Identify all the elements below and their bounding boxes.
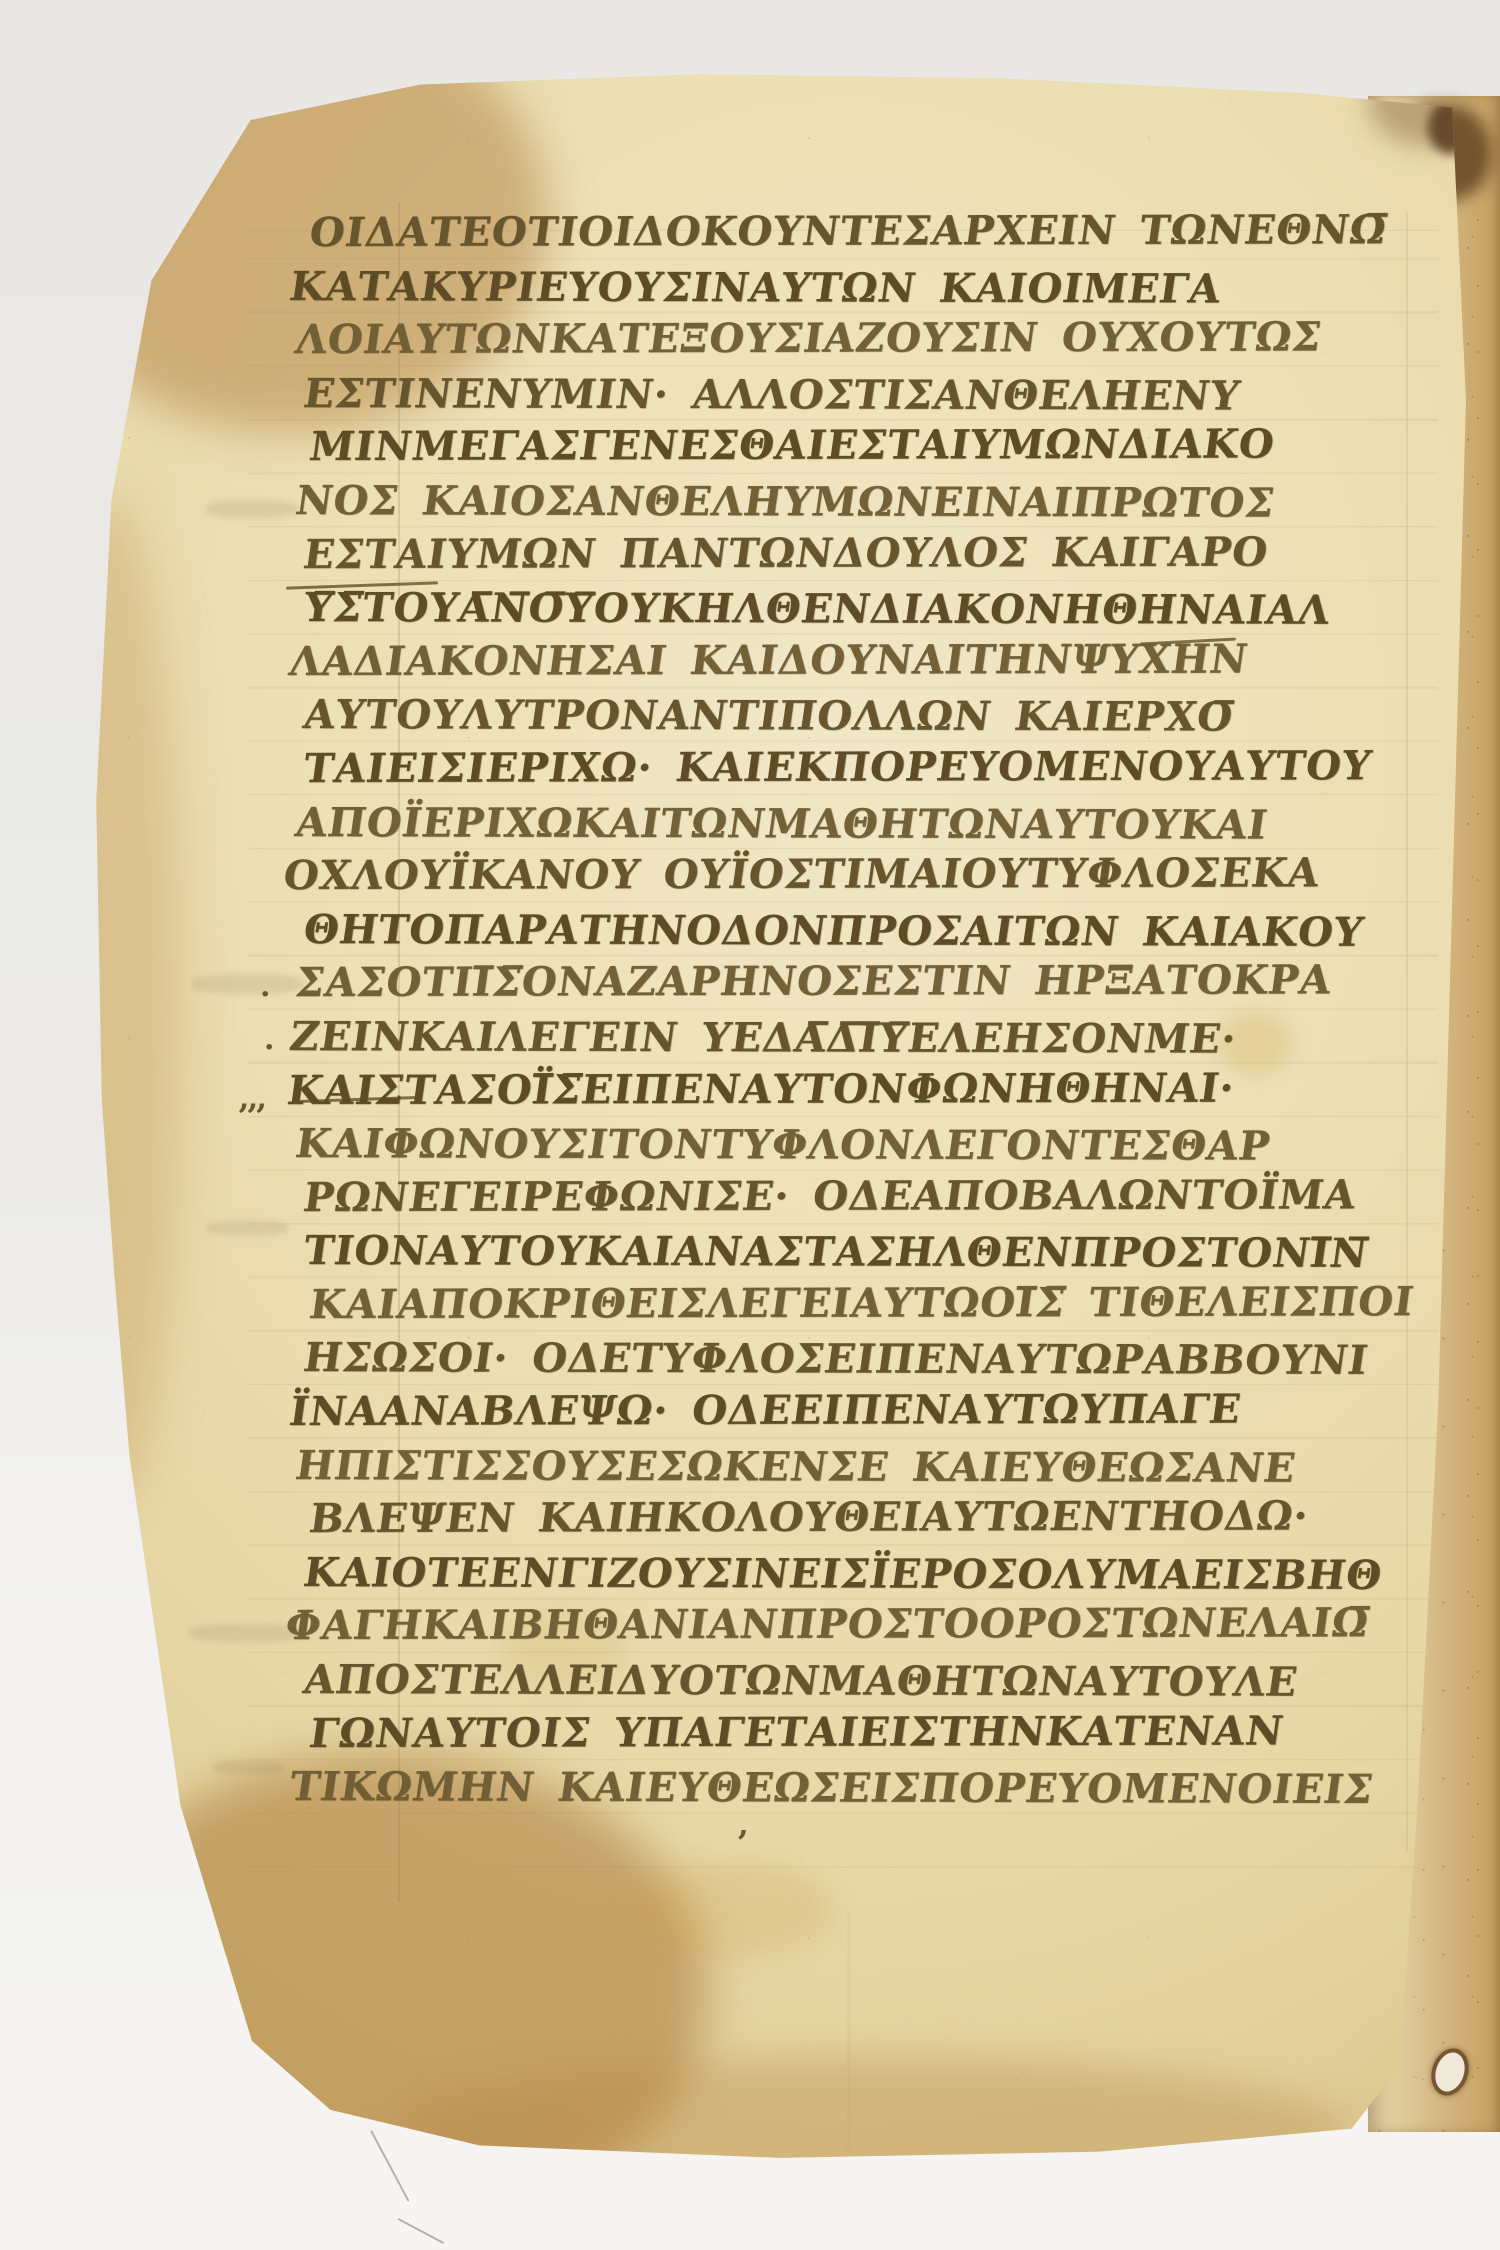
text-line: ΚΑΙΑΠΟΚΡΙΘΕΙΣΛΕΓΕΙΑΥΤΩΟΙ̅Σ̅ ΤΙΘΕΛΕΙΣΠΟΙ	[306, 1275, 1417, 1331]
text-line: ΚΑΙΣΤΑΣΟΪ̅Σ̅ΕΙΠΕΝΑΥΤΟΝΦΩΝΗΘΗΝΑΙ·	[284, 1061, 1417, 1118]
text-line: ΚΑΙΦΩΝΟΥΣΙΤΟΝΤΥΦΛΟΝΛΕΓΟΝΤΕΣΘΑΡ	[292, 1117, 1417, 1174]
text-line: ΛΟΙΑΥΤΩΝΚΑΤΕΞΟΥΣΙΑΖΟΥΣΙΝ ΟΥΧΟΥΤΩΣ	[292, 310, 1417, 367]
text-line: Υ̅Σ̅ΤΟΥΑ̅Ν̅Ο̅Υ̅ΟΥΚΗΛΘΕΝΔΙΑΚΟΝΗΘΗΝΑΙΑΛ	[300, 581, 1417, 637]
text-line: ΑΥΤΟΥΛΥΤΡΟΝΑΝΤΙΠΟΛΛΩΝ ΚΑΙΕΡΧΟ̅	[300, 688, 1417, 744]
stray-fiber	[371, 2130, 410, 2201]
text-line: ΒΛΕΨΕΝ ΚΑΙΗΚΟΛΟΥΘΕΙΑΥΤΩΕΝΤΗΟΔΩ·	[306, 1489, 1417, 1545]
marginal-mark: ·	[260, 977, 270, 1012]
text-line: ΣΑΣΟΤΙΙ̅Σ̅ΟΝΑΖΑΡΗΝΟΣΕΣΤΙΝ ΗΡΞΑΤΟΚΡΑ	[292, 953, 1417, 1010]
text-line: ΚΑΤΑΚΥΡΙΕΥΟΥΣΙΝΑΥΤΩΝ ΚΑΙΟΙΜΕΓΑ	[286, 260, 1417, 317]
ink-bleedthrough	[212, 1760, 284, 1774]
text-line: ΪΝΑΑΝΑΒΛΕΨΩ· ΟΔΕΕΙΠΕΝΑΥΤΩΥΠΑΓΕ	[286, 1382, 1417, 1439]
stray-fiber	[398, 2218, 445, 2244]
parchment-crease	[848, 1912, 850, 2152]
text-line: ΓΩΝΑΥΤΟΙΣ ΥΠΑΓΕΤΑΙΕΙΣΤΗΝΚΑΤΕΝΑΝ	[306, 1704, 1417, 1760]
photo-background: · · ‚‚‚ ʼ ΟΙΔΑΤΕΟΤΙΟΙΔΟΚΟΥΝΤΕΣΑΡΧΕΙΝ ΤΩΝ…	[0, 0, 1500, 2250]
text-line: ΡΩΝΕΓΕΙΡΕΦΩΝΙΣΕ· ΟΔΕΑΠΟΒΑΛΩΝΤΟΪΜΑ	[300, 1168, 1417, 1224]
marginal-mark: ·	[264, 1030, 274, 1065]
text-line: ΖΕΙΝΚΑΙΛΕΓΕΙΝ ΥΕΔΑ̅Δ̅Ι̅Υ̅ΕΛΕΗΣΟΝΜΕ·	[286, 1010, 1417, 1067]
marginal-mark: ‚‚‚	[238, 1078, 265, 1118]
text-line: ΝΟΣ ΚΑΙΟΣΑΝΘΕΛΗΥΜΩΝΕΙΝΑΙΠΡΩΤΟΣ	[292, 474, 1417, 531]
manuscript-page: · · ‚‚‚ ʼ ΟΙΔΑΤΕΟΤΙΟΙΔΟΚΟΥΝΤΕΣΑΡΧΕΙΝ ΤΩΝ…	[88, 72, 1466, 2160]
text-line: ΤΙΟΝΑΥΤΟΥΚΑΙΑΝΑΣΤΑΣΗΛΘΕΝΠΡΟΣΤΟΝΙ̅Ν̅	[300, 1224, 1417, 1280]
ink-bleedthrough	[192, 974, 304, 994]
text-line: ΟΧΛΟΥΪΚΑΝΟΥ ΟΥΪΟΣΤΙΜΑΙΟΥΤΥΦΛΟΣΕΚΑ	[280, 846, 1417, 903]
text-line: ΤΑΙΕΙΣΙΕΡΙΧΩ· ΚΑΙΕΚΠΟΡΕΥΟΜΕΝΟΥΑΥΤΟΥ	[300, 739, 1417, 795]
text-line: ΘΗΤΟΠΑΡΑΤΗΝΟΔΟΝΠΡΟΣΑΙΤΩΝ ΚΑΙΑΚΟΥ	[300, 903, 1417, 959]
text-line: ΜΙΝΜΕΓΑΣΓΕΝΕΣΘΑΙΕΣΤΑΙΥΜΩΝΔΙΑΚΟ	[306, 417, 1417, 473]
text-line: ΚΑΙΟΤΕΕΝΓΙΖΟΥΣΙΝΕΙΣΪΕΡΟΣΟΛΥΜΑΕΙΣΒΗΘ	[300, 1546, 1417, 1602]
text-line: ΑΠΟΣΤΕΛΛΕΙΔΥΟΤΩΝΜΑΘΗΤΩΝΑΥΤΟΥΛΕ	[300, 1653, 1417, 1709]
text-line: ΕΣΤΑΙΥΜΩΝ ΠΑΝΤΩΝΔΟΥΛΟΣ ΚΑΙΓΑΡΟ	[300, 525, 1417, 581]
parchment-stain	[633, 1862, 833, 1957]
text-line: ΛΑΔΙΑΚΟΝΗΣΑΙ ΚΑΙΔΟΥΝΑΙΤΗΝΨΥΧΗΝ	[286, 632, 1417, 689]
text-line: ΕΣΤΙΝΕΝΥΜΙΝ· ΑΛΛΟΣΤΙΣΑΝΘΕΛΗΕΝΥ	[300, 367, 1417, 423]
ink-bleedthrough	[206, 1220, 288, 1236]
text-line: ΟΙΔΑΤΕΟΤΙΟΙΔΟΚΟΥΝΤΕΣΑΡΧΕΙΝ ΤΩΝΕΘΝΩ̅	[306, 203, 1417, 259]
text-line: ΗΣΩΣΟΙ· ΟΔΕΤΥΦΛΟΣΕΙΠΕΝΑΥΤΩΡΑΒΒΟΥΝΙ	[300, 1331, 1417, 1387]
text-line: ΗΠΙΣΤΙΣΣΟΥΣΕΣΩΚΕΝΣΕ ΚΑΙΕΥΘΕΩΣΑΝΕ	[292, 1439, 1417, 1496]
text-line: ΦΑΓΗΚΑΙΒΗΘΑΝΙΑΝΠΡΟΣΤΟΟΡΟΣΤΩΝΕΛΑΙΩ̅	[282, 1596, 1417, 1653]
text-block: ΟΙΔΑΤΕΟΤΙΟΙΔΟΚΟΥΝΤΕΣΑΡΧΕΙΝ ΤΩΝΕΘΝΩ̅ ΚΑΤΑ…	[300, 206, 1410, 1814]
text-line: ΑΠΟΪΕΡΙΧΩΚΑΙΤΩΝΜΑΘΗΤΩΝΑΥΤΟΥΚΑΙ	[292, 796, 1417, 853]
ink-bleedthrough	[206, 500, 298, 518]
marginal-mark: ʼ	[736, 1824, 748, 1864]
text-line: ΤΙΚΩΜΗΝ ΚΑΙΕΥΘΕΩΣΕΙΣΠΟΡΕΥΟΜΕΝΟΙΕΙΣ	[286, 1760, 1417, 1817]
